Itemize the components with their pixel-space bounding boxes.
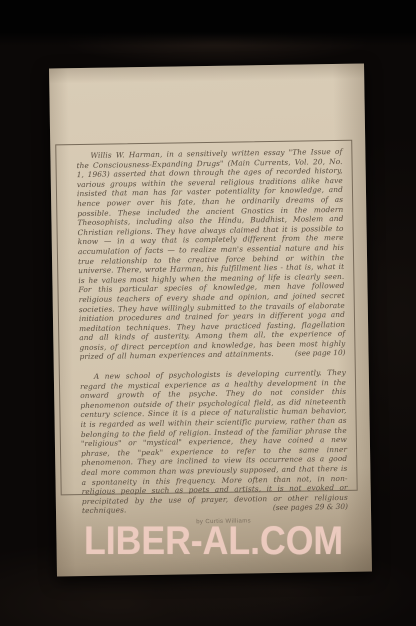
back-cover-paragraph-2: A new school of psychologists is develop…	[80, 368, 348, 516]
printed-rule-box: Willis W. Harman, in a sensitively writt…	[55, 140, 357, 496]
photo-of-book-back-cover: { "book_back_cover": { "paragraphs": [ {…	[0, 0, 416, 626]
back-cover-paragraph-1: Willis W. Harman, in a sensitively writt…	[76, 147, 345, 362]
paragraph-2-text: A new school of psychologists is develop…	[80, 368, 348, 516]
paragraph-1-text: Willis W. Harman, in a sensitively writt…	[76, 147, 345, 362]
watermark-text: LIBER-AL.COM	[84, 521, 343, 561]
book-back-cover: Willis W. Harman, in a sensitively writt…	[49, 64, 372, 577]
